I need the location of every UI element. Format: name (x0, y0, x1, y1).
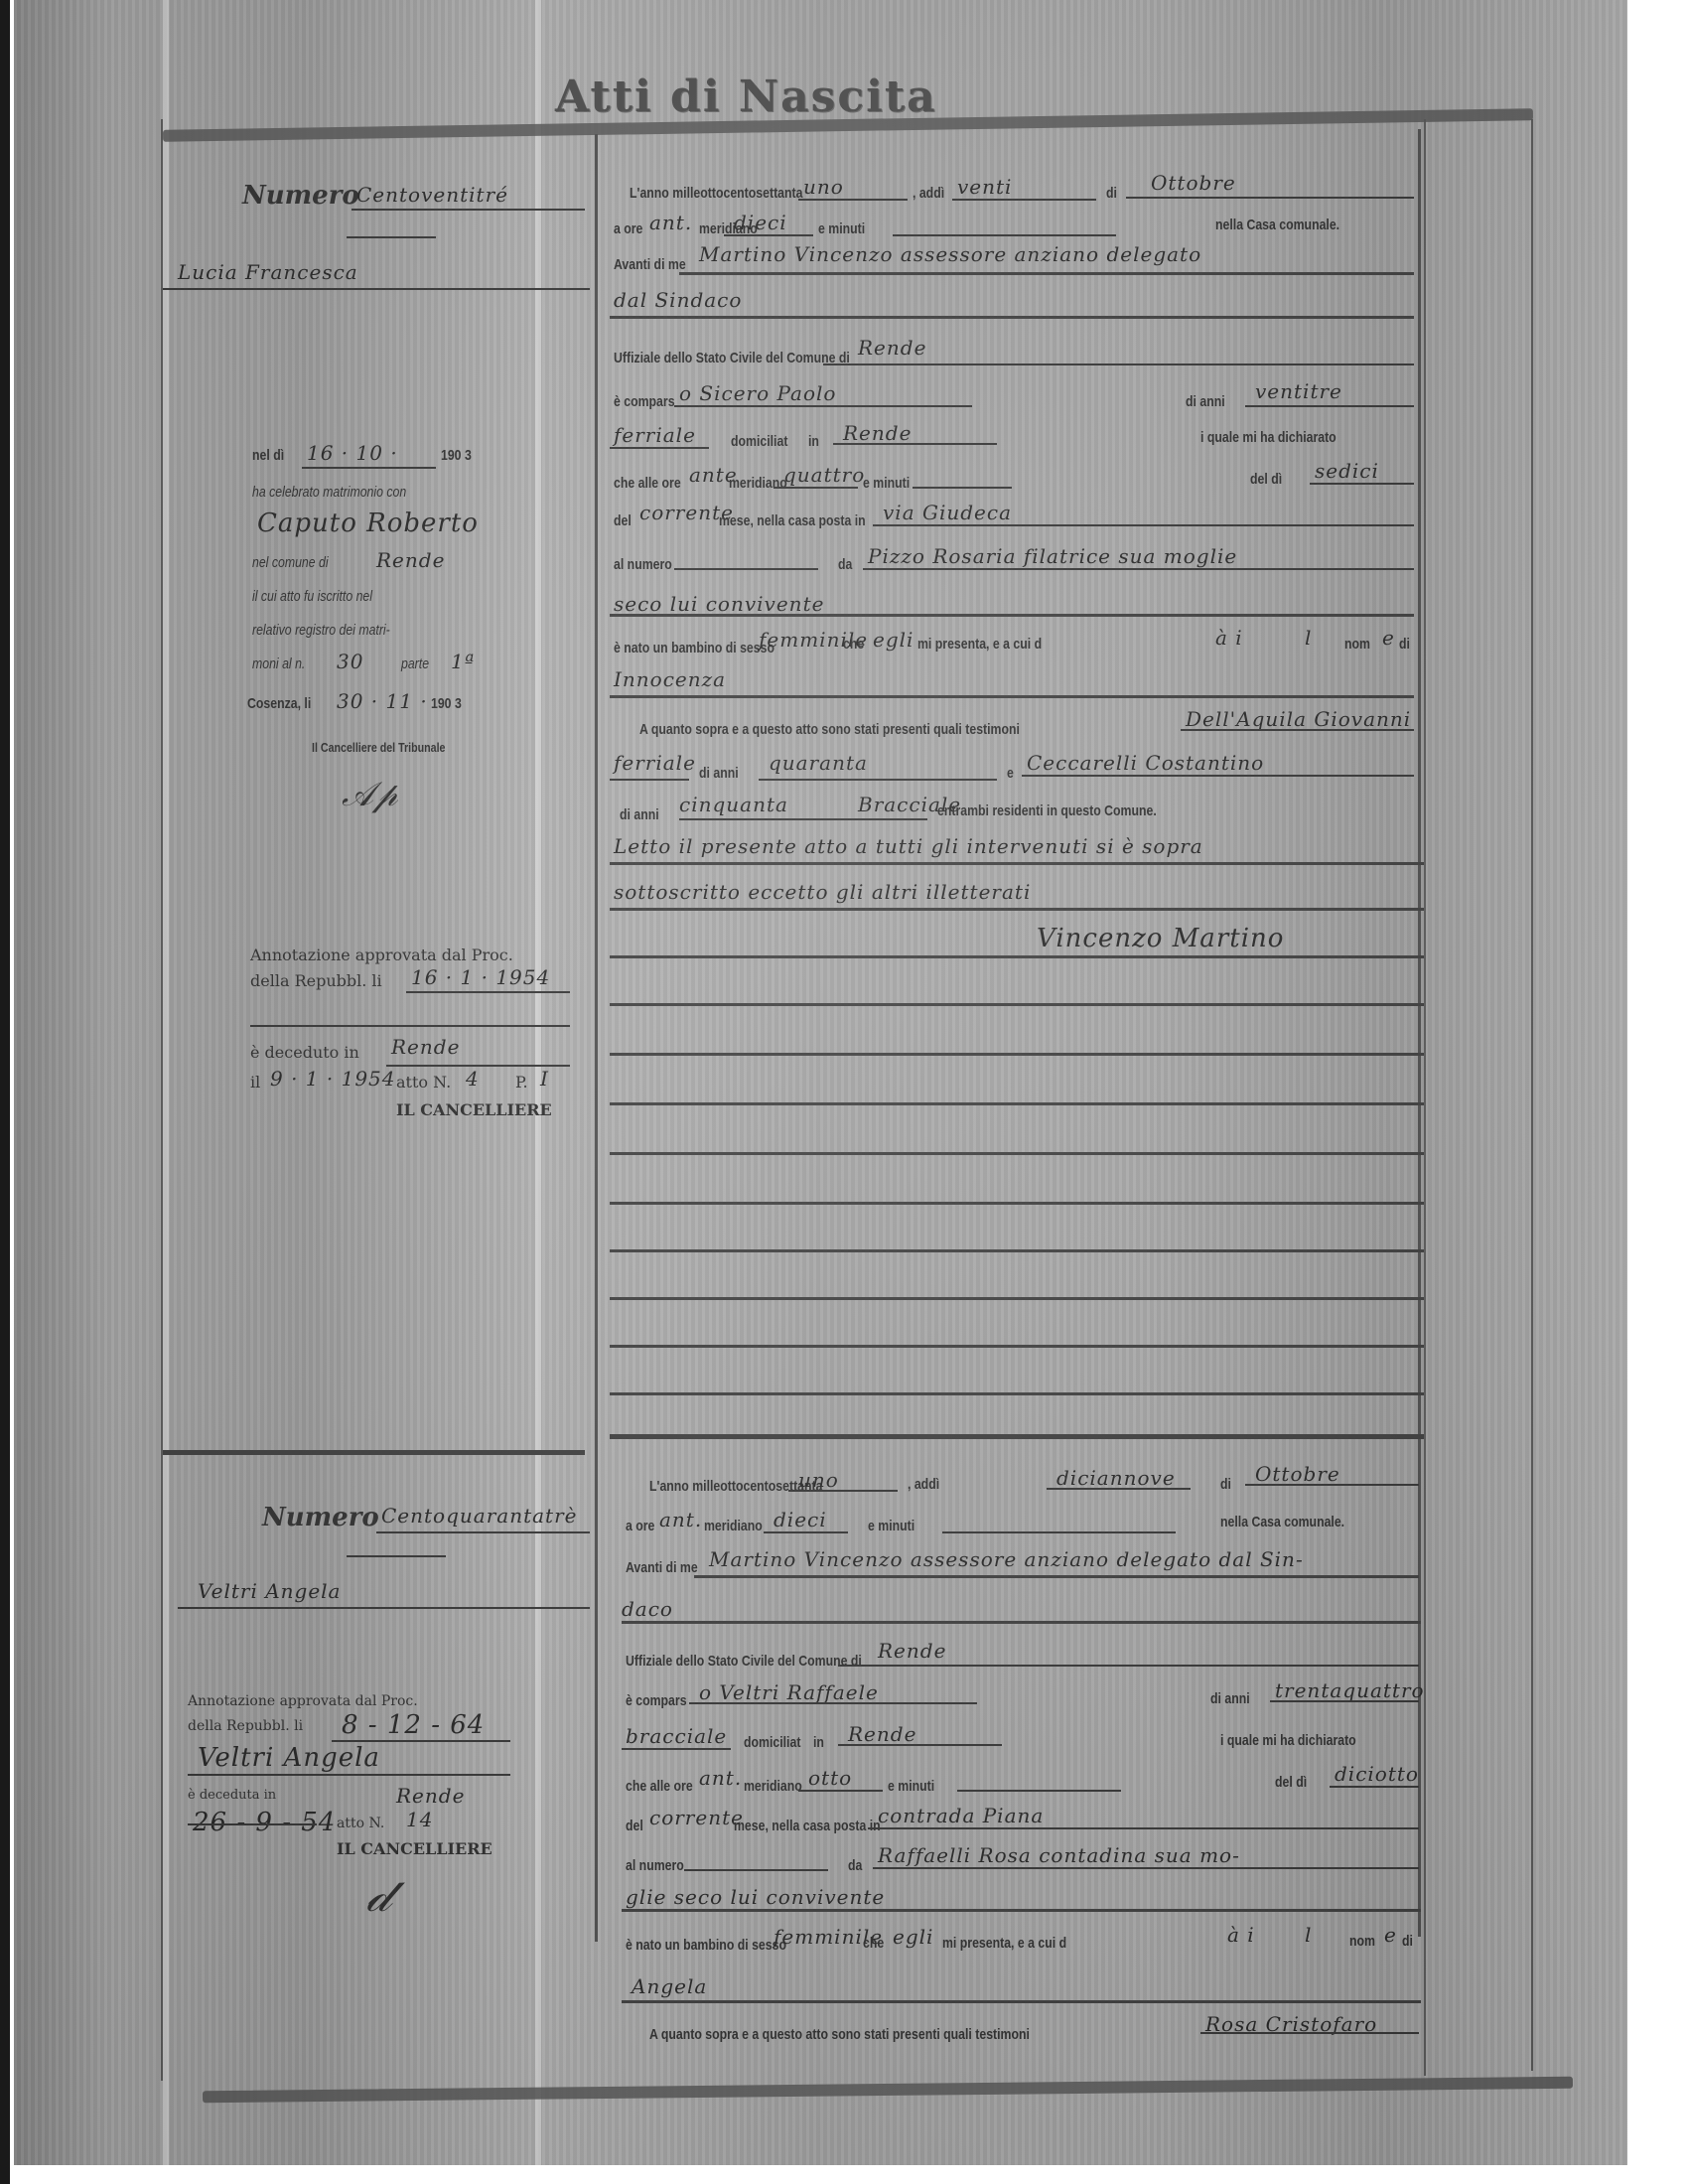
label: domiciliat (731, 433, 787, 450)
ruled-line (610, 1202, 1424, 1205)
label: L'anno milleottocentosettanta (649, 1478, 822, 1495)
label: atto N. (337, 1816, 384, 1831)
hour-value: otto (808, 1766, 852, 1790)
underline (1022, 775, 1414, 777)
declarant-value: o Sicero Paolo (679, 381, 836, 405)
ruled-line (610, 1392, 1424, 1395)
month-ref-value: corrente (649, 1806, 744, 1829)
label: da (848, 1857, 862, 1874)
label: P. (515, 1073, 528, 1092)
label: in (813, 1734, 824, 1751)
child-name: Lucia Francesca (178, 260, 358, 284)
underline (1245, 405, 1414, 407)
signature: 𝒜𝓅 (342, 775, 397, 814)
mother-value: Raffaelli Rosa contadina sua mo- (878, 1843, 1240, 1867)
underline (250, 1025, 570, 1027)
underline (838, 1744, 1002, 1746)
label: di anni (620, 806, 659, 823)
scan-edge (0, 0, 10, 2184)
frame-left (161, 119, 163, 2081)
label: della Repubbl. li (188, 1718, 303, 1734)
sex-value: femminile (774, 1925, 883, 1949)
presenter-value: egli (893, 1925, 933, 1949)
house-address-value: via Giudeca (883, 501, 1012, 524)
label: nella Casa comunale. (1220, 1514, 1344, 1530)
underline (347, 236, 436, 238)
underline (833, 443, 997, 445)
age-value: ventitre (1255, 379, 1342, 403)
label: di anni (699, 765, 739, 782)
label: Avanti di me (614, 256, 686, 273)
page-title: Atti di Nascita (555, 72, 937, 122)
label: di (1399, 636, 1410, 653)
underline (873, 1867, 1419, 1869)
ruled-line (622, 1621, 1421, 1624)
label: A quanto sopra e a questo atto sono stat… (639, 721, 1020, 738)
label: è deceduta in (188, 1788, 276, 1803)
underline (406, 991, 570, 993)
given-name-value: Innocenza (614, 667, 726, 691)
underline (674, 405, 972, 407)
domicile-value: Rende (843, 421, 912, 445)
ruled-line (610, 316, 1414, 319)
column-right-border (1418, 129, 1421, 1937)
death-date: 9 · 1 · 1954 (270, 1067, 396, 1091)
officer-value-cont: daco (622, 1597, 673, 1621)
ruled-line (610, 955, 1424, 958)
declarant-value: o Veltri Raffaele (699, 1680, 879, 1704)
label: nel comune di (252, 554, 329, 571)
label: è nato un bambino di sesso (614, 640, 774, 656)
ruled-line (694, 1575, 1419, 1578)
atto-number: 4 (466, 1067, 480, 1091)
underline (332, 1740, 510, 1742)
underline (893, 234, 1116, 236)
profession-value: bracciale (626, 1724, 727, 1748)
entry-separator (163, 1450, 585, 1455)
underline (684, 1869, 828, 1871)
signer-title: Il Cancelliere del Tribunale (312, 740, 445, 755)
label: Uffiziale dello Stato Civile del Comune … (614, 350, 850, 366)
label: e (1007, 765, 1014, 782)
day-value: diciotto (1335, 1762, 1419, 1786)
underline (774, 487, 858, 489)
paper-fold (163, 0, 169, 2165)
frame-right (1531, 119, 1533, 2071)
year-value: uno (798, 1468, 839, 1492)
label: mese, nella casa posta in (719, 512, 866, 529)
label: del dì (1250, 471, 1282, 488)
underline (1181, 729, 1414, 731)
gender-suffix: l (1305, 626, 1312, 650)
underline (622, 1748, 731, 1750)
ante-value: ant. (649, 211, 692, 234)
house-address-value: contrada Piana (878, 1804, 1044, 1827)
day-value: diciannove (1056, 1466, 1176, 1490)
ante-value: ant. (699, 1766, 742, 1790)
underline (352, 209, 585, 211)
ruled-line (610, 908, 1424, 911)
label: è deceduto in (250, 1043, 359, 1062)
label: del (614, 512, 632, 529)
register-number: 30 (337, 650, 363, 673)
underline (838, 1665, 1419, 1667)
label: a ore (614, 220, 642, 237)
label: di anni (1186, 393, 1225, 410)
underline (724, 234, 813, 236)
ruled-line (610, 695, 1414, 698)
label: di (1106, 185, 1117, 202)
numero-value: Centoquarantatrè (381, 1504, 577, 1528)
underline (1200, 2032, 1419, 2034)
label: A quanto sopra e a questo atto sono stat… (649, 2026, 1030, 2043)
label: della Repubbl. li (250, 971, 382, 990)
signature: 𝒹 (366, 1867, 390, 1924)
ruled-line (610, 1297, 1424, 1300)
comune-value: Rende (858, 336, 926, 360)
label: Uffiziale dello Stato Civile del Comune … (626, 1653, 862, 1670)
witness-1-age: quaranta (769, 751, 868, 775)
witness-1-profession: ferriale (614, 751, 696, 775)
label: , addì (913, 185, 944, 202)
year: 190 3 (441, 447, 472, 464)
presenter-value: egli (873, 628, 914, 652)
label: al numero (626, 1857, 684, 1874)
underline (163, 288, 590, 290)
ruled-line (610, 614, 1414, 617)
label: di anni (1210, 1690, 1250, 1707)
day-value: venti (957, 175, 1012, 199)
ruled-line (622, 1909, 1421, 1912)
label: meridiano (704, 1518, 763, 1534)
ante-value: ant. (659, 1508, 702, 1531)
label: parte (401, 655, 429, 672)
numero-label: Numero (242, 181, 359, 211)
label: a ore (626, 1518, 654, 1534)
age-value: trentaquattro (1275, 1678, 1425, 1702)
label: da (838, 556, 852, 573)
label: il (250, 1073, 260, 1092)
underline (386, 1065, 570, 1067)
ante-value: ante (689, 463, 738, 487)
ruled-line (610, 1249, 1424, 1252)
label: che alle ore (626, 1778, 693, 1795)
approval-date: 16 · 1 · 1954 (411, 965, 550, 989)
label: mi presenta, e a cui d (917, 636, 1042, 653)
label: entrambi residenti in questo Comune. (937, 802, 1157, 819)
underline (302, 467, 436, 469)
witness-2-age: cinquanta (679, 793, 788, 816)
label: L'anno milleottocentosettanta (630, 185, 802, 202)
label: meridiano (699, 220, 758, 237)
underline (868, 1827, 1419, 1829)
label: che (863, 1935, 884, 1952)
label: ha celebrato matrimonio con (252, 484, 406, 501)
register-page: Atti di Nascita Numero Centoventitré Luc… (14, 0, 1627, 2165)
underline (798, 1790, 883, 1792)
ruled-line (610, 1152, 1424, 1155)
label: in (808, 433, 819, 450)
underline (759, 779, 997, 781)
frame-inner-right (1424, 119, 1426, 2076)
underline (798, 199, 908, 201)
annotation-date: 30 · 11 · (337, 689, 428, 713)
marriage-date: 16 · 10 · (307, 441, 398, 465)
underline (873, 524, 1414, 526)
underline (1270, 1700, 1419, 1702)
underline (957, 1790, 1121, 1792)
label: moni al n. (252, 655, 305, 672)
year-value: uno (803, 175, 844, 199)
underline (1330, 1786, 1419, 1788)
death-place: Rende (391, 1035, 460, 1059)
witness-1-value: Rosa Cristofaro (1205, 2012, 1377, 2036)
officer-value: Martino Vincenzo assessore anziano deleg… (709, 1547, 1304, 1571)
officer-value-cont: dal Sindaco (614, 288, 742, 312)
year: 190 3 (431, 695, 462, 712)
underline (376, 1531, 590, 1533)
officer-value: Martino Vincenzo assessore anziano deleg… (699, 242, 1201, 266)
gender-suffix: e (1382, 626, 1395, 650)
mother-value-cont: glie seco lui convivente (626, 1885, 885, 1909)
witness-1-value: Dell'Aquila Giovanni (1186, 707, 1411, 731)
hour-value: dieci (774, 1508, 827, 1531)
underline (188, 1823, 317, 1825)
gender-suffix: l (1305, 1923, 1312, 1947)
hour-value: quattro (783, 463, 865, 487)
mother-value-cont: seco lui convivente (614, 592, 824, 616)
underline (689, 1702, 977, 1704)
label: Annotazione approvata dal Proc. (250, 946, 513, 964)
spouse-name: Caputo Roberto (257, 509, 479, 538)
month-value: Ottobre (1255, 1462, 1340, 1486)
gender-suffix: e (1384, 1923, 1397, 1947)
label: di (1220, 1476, 1231, 1493)
label: è compars (626, 1692, 687, 1709)
ruled-line (610, 1003, 1424, 1006)
approval-date: 8 - 12 - 64 (342, 1710, 485, 1740)
label: nom (1344, 636, 1370, 653)
paper-fold (535, 0, 541, 2165)
label: è compars (614, 393, 675, 410)
witness-2-value: Ceccarelli Costantino (1027, 751, 1264, 775)
underline (823, 364, 1414, 365)
label: atto N. (396, 1073, 451, 1092)
underline (1126, 197, 1414, 199)
underline (188, 1774, 510, 1776)
witness-2-profession: Bracciale (858, 793, 961, 816)
deceased-name: Veltri Angela (198, 1743, 380, 1773)
month-ref-value: corrente (639, 501, 734, 524)
underline (764, 1531, 848, 1533)
mother-value: Pizzo Rosaria filatrice sua moglie (868, 544, 1237, 568)
underline (863, 568, 1414, 570)
label: e minuti (868, 1518, 914, 1534)
underline (913, 487, 1012, 489)
day-value: sedici (1315, 459, 1379, 483)
comune-value: Rende (878, 1639, 946, 1663)
child-name: Veltri Angela (198, 1579, 341, 1603)
atto-number: 14 (406, 1808, 433, 1831)
label: di (1402, 1933, 1413, 1950)
ruled-line (610, 1053, 1424, 1056)
gender-suffix: à i (1215, 626, 1243, 650)
marriage-comune: Rende (376, 548, 445, 572)
label: meridiano (744, 1778, 802, 1795)
ruled-line (679, 272, 1414, 275)
label: Cosenza, li (247, 695, 311, 712)
label: e minuti (863, 475, 910, 492)
underline (347, 1555, 446, 1557)
death-place: Rende (396, 1784, 465, 1808)
label: è nato un bambino di sesso (626, 1937, 786, 1954)
label: i quale mi ha dichiarato (1220, 1732, 1356, 1749)
underline (1245, 1484, 1419, 1486)
numero-value: Centoventitré (356, 183, 508, 207)
label: e minuti (818, 220, 865, 237)
label: del dì (1275, 1774, 1307, 1791)
ruled-line (622, 2000, 1421, 2003)
register-part: 1ª (451, 650, 475, 673)
underline (1310, 483, 1414, 485)
underline (674, 568, 818, 570)
sex-value: femminile (759, 628, 868, 652)
label: nom (1349, 1933, 1375, 1950)
underline (610, 779, 689, 781)
label: mi presenta, e a cui d (942, 1935, 1066, 1952)
underline (788, 1490, 898, 1492)
underline (679, 818, 927, 820)
label: domiciliat (744, 1734, 800, 1751)
profession-value: ferriale (614, 423, 696, 447)
domicile-value: Rende (848, 1722, 916, 1746)
gender-suffix: à i (1227, 1923, 1255, 1947)
label: che alle ore (614, 475, 681, 492)
given-name-value: Angela (632, 1974, 707, 1998)
label: del (626, 1818, 643, 1834)
signer-stamp: IL CANCELLIERE (396, 1100, 552, 1119)
underline (178, 1607, 590, 1609)
title-rule (163, 108, 1533, 142)
label: meridiano (729, 475, 787, 492)
part-number: I (540, 1067, 549, 1091)
label: al numero (614, 556, 672, 573)
numero-label: Numero (262, 1503, 379, 1532)
entry-separator (610, 1434, 1424, 1439)
label: , addì (908, 1476, 939, 1493)
label: Avanti di me (626, 1559, 698, 1576)
bottom-rule (203, 2077, 1573, 2103)
signer-stamp: IL CANCELLIERE (337, 1839, 492, 1858)
column-divider (595, 134, 598, 1942)
ruled-line (610, 862, 1424, 865)
death-date: 26 - 9 - 54 (193, 1808, 336, 1837)
underline (942, 1531, 1176, 1533)
label: Annotazione approvata dal Proc. (188, 1693, 418, 1709)
ruled-line (610, 1345, 1424, 1348)
ruled-line (610, 1102, 1424, 1105)
underline (610, 447, 709, 449)
underline (952, 199, 1096, 201)
label: nella Casa comunale. (1215, 217, 1339, 233)
hour-value: dieci (734, 211, 787, 234)
label: che (843, 636, 864, 653)
label: mese, nella casa posta in (734, 1818, 881, 1834)
month-value: Ottobre (1151, 171, 1236, 195)
label: e minuti (888, 1778, 934, 1795)
closing-text-cont: sottoscritto eccetto gli altri illettera… (614, 880, 1031, 904)
officer-signature: Vincenzo Martino (1037, 924, 1284, 953)
closing-text: Letto il presente atto a tutti gli inter… (614, 834, 1203, 858)
underline (1047, 1488, 1191, 1490)
label: i quale mi ha dichiarato (1200, 429, 1336, 446)
label: nel dì (252, 447, 284, 464)
label: relativo registro dei matri- (252, 622, 390, 639)
label: il cui atto fu iscritto nel (252, 588, 372, 605)
